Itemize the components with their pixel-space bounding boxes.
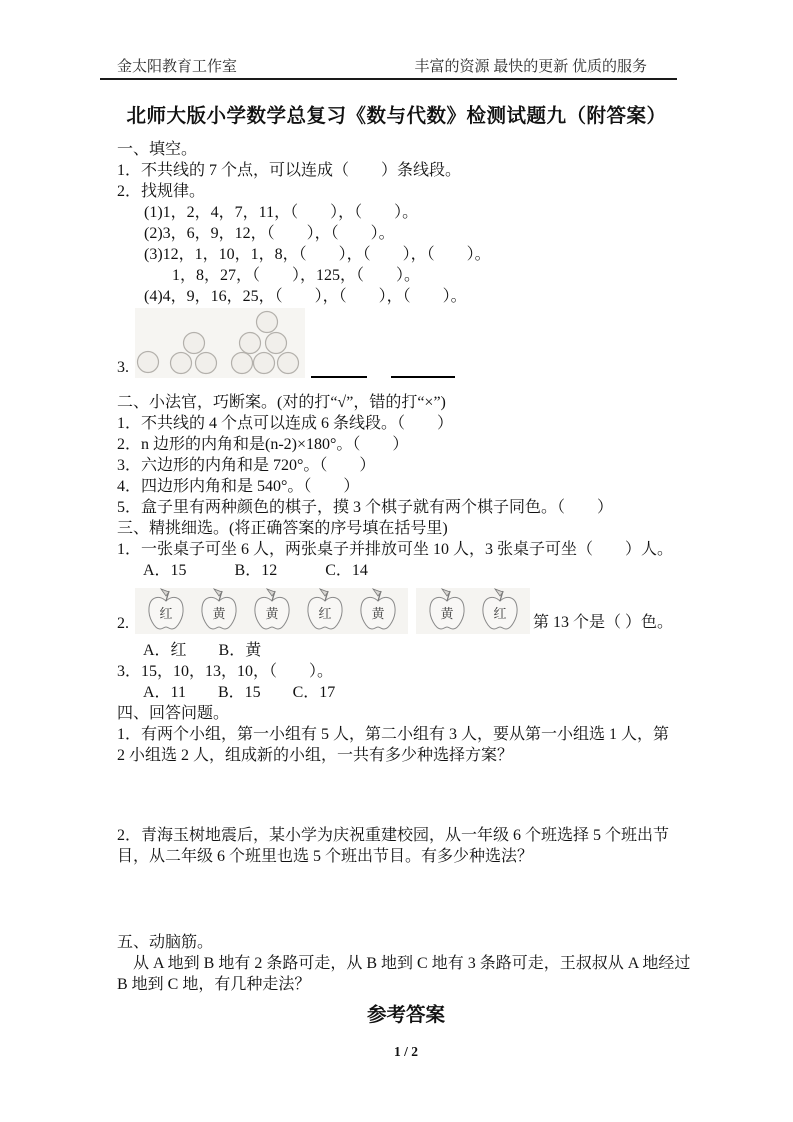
apple-icon: 红 [303, 588, 347, 634]
apple-icon: 黄 [250, 588, 294, 634]
question-text: 从 A 地到 B 地有 2 条路可走，从 B 地到 C 地有 3 条路可走，王叔… [117, 953, 695, 974]
judge-item: 5．盒子里有两种颜色的棋子，摸 3 个棋子就有两个棋子同色。（ ） [117, 497, 695, 518]
judge-item: 3．六边形的内角和是 720°。（ ） [117, 455, 695, 476]
apple-color-label: 黄 [440, 606, 454, 621]
circle-pattern-figure-row: 3. [117, 308, 695, 378]
apple-color-label: 红 [493, 606, 506, 621]
section2-heading: 二、小法官，巧断案。(对的打“√”，错的打“×”) [117, 392, 695, 413]
sequence-item: 1，8，27，（ ），125，（ ）。 [117, 265, 695, 286]
sequence-item: (2)3，6，9，12，（ ），（ ）。 [117, 223, 695, 244]
circle-shape [138, 352, 159, 373]
judge-item: 4．四边形内角和是 540°。（ ） [117, 476, 695, 497]
circle-shape [278, 353, 299, 374]
document-page: 金太阳教育工作室 丰富的资源 最快的更新 优质的服务 北师大版小学数学总复习《数… [0, 0, 793, 1122]
apple-question-caption: 第 13 个是（ ）色。 [533, 612, 673, 634]
apple-color-label: 黄 [265, 606, 279, 621]
header-divider [100, 78, 677, 80]
options-row: A．11 B．15 C．17 [117, 682, 695, 703]
question-text: 2 小组选 2 人，组成新的小组，一共有多少种选择方案？ [117, 745, 695, 766]
header-slogan: 丰富的资源 最快的更新 优质的服务 [414, 55, 647, 76]
apple-strip: 红 黄 黄 红 [135, 588, 408, 634]
apple-color-label: 黄 [371, 606, 385, 621]
circle-shape [171, 353, 192, 374]
circle-shape [266, 333, 287, 354]
apple-icon: 红 [144, 588, 188, 634]
section3-heading: 三、精挑细选。(将正确答案的序号填在括号里) [117, 518, 695, 539]
circle-shape [254, 353, 275, 374]
sequence-item: (1)1，2，4，7，11，（ ），（ ）。 [117, 202, 695, 223]
section5-heading: 五、动脑筋。 [117, 932, 695, 953]
question-number-label: 3. [117, 358, 135, 378]
page-number: 1 / 2 [117, 1044, 695, 1060]
apple-icon: 黄 [197, 588, 241, 634]
circle-shape [196, 353, 217, 374]
circle-shape [232, 353, 253, 374]
circle-pattern-figure [135, 308, 305, 378]
document-body: 一、填空。 1．不共线的 7 个点，可以连成（ ）条线段。 2．找规律。 (1)… [117, 139, 695, 1060]
options-row: A．15 B．12 C．14 [117, 560, 695, 581]
apple-pattern-figure-row: 2. 红 黄 黄 [117, 586, 695, 634]
apple-icon: 红 [478, 588, 522, 634]
apple-color-label: 红 [159, 606, 172, 621]
options-row: A．红 B．黄 [117, 640, 695, 661]
section4-heading: 四、回答问题。 [117, 703, 695, 724]
answer-blank-line [311, 375, 367, 378]
judge-item: 2．n 边形的内角和是(n-2)×180°。（ ） [117, 434, 695, 455]
section1-heading: 一、填空。 [117, 139, 695, 160]
circle-shape [257, 312, 278, 333]
question-text: 目，从二年级 6 个班里也选 5 个班出节目。有多少种选法？ [117, 846, 695, 867]
page-title: 北师大版小学数学总复习《数与代数》检测试题九（附答案） [0, 100, 793, 128]
sequence-item: (3)12，1，10，1，8，（ ），（ ），（ ）。 [117, 244, 695, 265]
apple-icon: 黄 [356, 588, 400, 634]
header-studio-name: 金太阳教育工作室 [117, 55, 237, 76]
question-text: 2．青海玉树地震后，某小学为庆祝重建校园，从一年级 6 个班选择 5 个班出节 [117, 825, 695, 846]
answers-section-title: 参考答案 [117, 1003, 695, 1029]
circle-shape [240, 333, 261, 354]
answer-blank-line [391, 375, 455, 378]
work-space [117, 867, 695, 932]
question-number-label: 2. [117, 614, 135, 634]
work-space [117, 766, 695, 825]
sequence-item: (4)4，9，16，25，（ ），（ ），（ ）。 [117, 286, 695, 307]
judge-item: 1．不共线的 4 个点可以连成 6 条线段。（ ） [117, 413, 695, 434]
question-text: B 地到 C 地，有几种走法？ [117, 974, 695, 995]
question-text: 1．有两个小组，第一小组有 5 人，第二小组有 3 人，要从第一小组选 1 人，… [117, 724, 695, 745]
question-text: 1．一张桌子可坐 6 人，两张桌子并排放可坐 10 人，3 张桌子可坐（ ）人。 [117, 539, 695, 560]
apple-color-label: 黄 [212, 606, 226, 621]
apple-icon: 黄 [425, 588, 469, 634]
apple-color-label: 红 [318, 606, 331, 621]
question-text: 1．不共线的 7 个点，可以连成（ ）条线段。 [117, 160, 695, 181]
circle-shape [184, 333, 205, 354]
question-text: 3．15，10，13，10，（ ）。 [117, 661, 695, 682]
question-text: 2．找规律。 [117, 181, 695, 202]
apple-strip: 黄 红 [416, 588, 530, 634]
